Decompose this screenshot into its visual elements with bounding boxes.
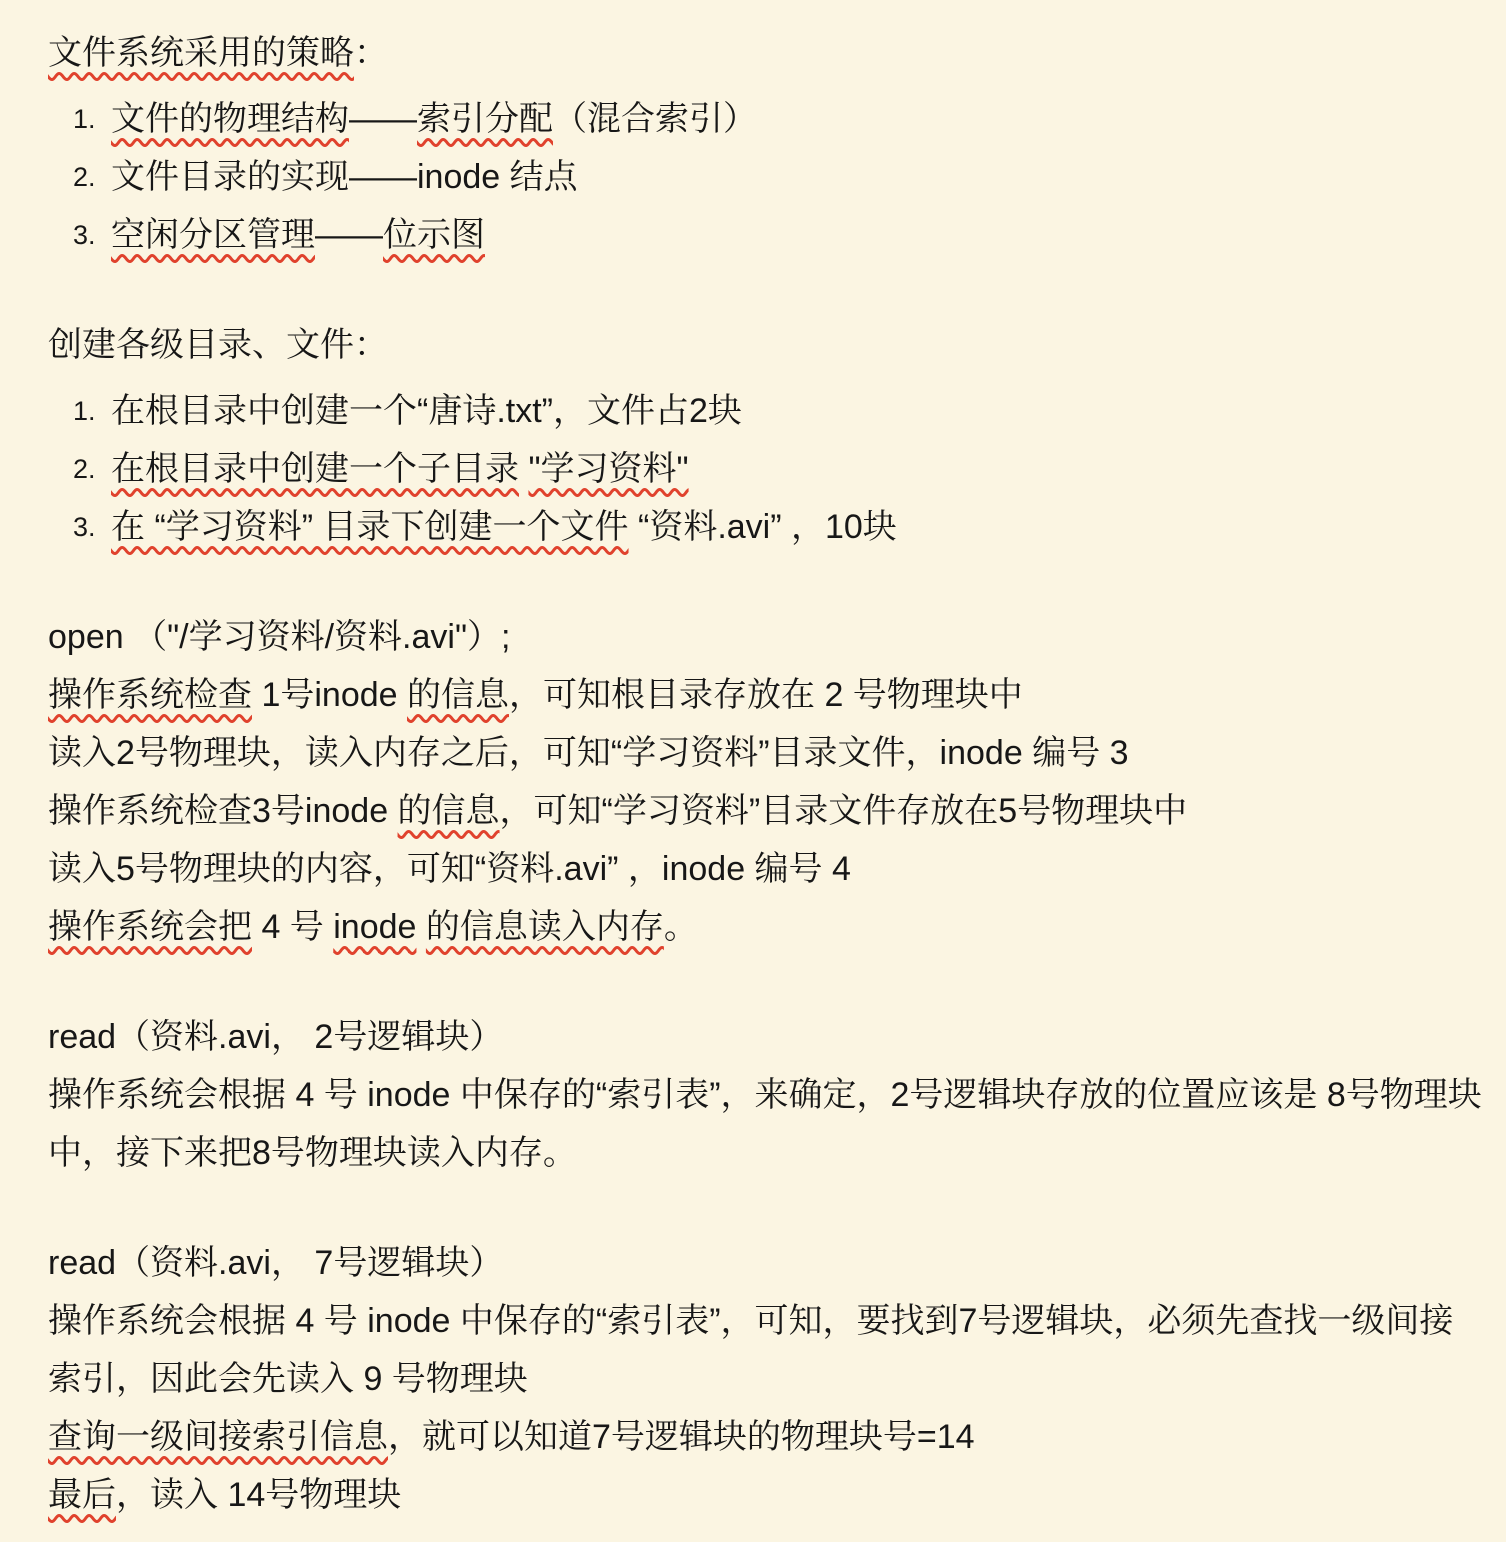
list-item-create-avi: 3. 在 “学习资料” 目录下创建一个文件 “资料.avi” ，10块 xyxy=(48,498,1486,556)
squiggled-text: 操作系统会把 xyxy=(48,908,252,946)
document-page: { "meta": { "background_color": "#fbf5e2… xyxy=(0,0,1506,1542)
plain-text: “资料.avi” ，10块 xyxy=(629,508,897,546)
plain-text: 操作系统检查3号inode xyxy=(48,792,398,830)
list-item-directory-impl: 2. 文件目录的实现——inode 结点 xyxy=(48,148,1486,206)
plain-text: 。 xyxy=(664,908,698,946)
open-step-load-inode4: 操作系统会把 4 号 inode 的信息读入内存。 xyxy=(48,898,1486,956)
squiggled-text: 位示图 xyxy=(383,216,485,254)
code-text: read（资料.avi， 2号逻辑块） xyxy=(48,1018,503,1056)
section-create: 创建各级目录、文件： 1. 在根目录中创建一个“唐诗.txt”，文件占2块 2.… xyxy=(48,316,1486,556)
plain-text: 4 号 xyxy=(252,908,333,946)
list-number: 3. xyxy=(48,206,111,264)
read-call-line: read（资料.avi， 7号逻辑块） xyxy=(48,1234,1486,1292)
squiggled-text: 文件的物理结构 xyxy=(111,100,349,138)
squiggled-text: 查询一级间接索引信息 xyxy=(48,1418,388,1456)
read-step-query-index: 查询一级间接索引信息，就可以知道7号逻辑块的物理块号=14 xyxy=(48,1408,1486,1466)
plain-text: ，就可以知道7号逻辑块的物理块号=14 xyxy=(388,1418,975,1456)
list-number: 1. xyxy=(48,382,111,440)
list-item-free-space: 3. 空闲分区管理——位示图 xyxy=(48,206,1486,264)
squiggled-text: 的信息 xyxy=(398,792,500,830)
section-strategy: 文件系统采用的策略： 1. 文件的物理结构——索引分配（混合索引） 2. 文件目… xyxy=(48,24,1486,264)
open-call-line: open （"/学习资料/资料.avi"）; xyxy=(48,608,1486,666)
plain-text: ，可知根目录存放在 2 号物理块中 xyxy=(509,676,1023,714)
heading-strategy-text: 文件系统采用的策略 xyxy=(48,34,354,72)
squiggled-text: 最后 xyxy=(48,1476,116,1514)
plain-text: —— xyxy=(349,100,417,138)
heading-strategy: 文件系统采用的策略： xyxy=(48,24,1486,82)
plain-text: 1号inode xyxy=(252,676,407,714)
squiggled-text: "学习资料" xyxy=(528,450,688,488)
section-read-block2: read（资料.avi， 2号逻辑块） 操作系统会根据 4 号 inode 中保… xyxy=(48,1008,1486,1182)
open-step-check-inode1: 操作系统检查 1号inode 的信息，可知根目录存放在 2 号物理块中 xyxy=(48,666,1486,724)
heading-create: 创建各级目录、文件： xyxy=(48,316,1486,374)
list-item-text: 在 “学习资料” 目录下创建一个文件 “资料.avi” ，10块 xyxy=(111,498,1486,556)
plain-text: 操作系统会根据 4 号 inode 中保存的“索引表”，可知，要找到7号逻辑块，… xyxy=(48,1302,1453,1398)
read-explanation: 操作系统会根据 4 号 inode 中保存的“索引表”，可知，要找到7号逻辑块，… xyxy=(48,1292,1486,1408)
list-item-text: 文件的物理结构——索引分配（混合索引） xyxy=(111,90,1486,148)
plain-text: ，读入 14号物理块 xyxy=(116,1476,401,1514)
list-item-text: 空闲分区管理——位示图 xyxy=(111,206,1486,264)
squiggled-text: 索引分配 xyxy=(417,100,553,138)
list-item-create-subdir: 2. 在根目录中创建一个子目录 "学习资料" xyxy=(48,440,1486,498)
squiggled-text: inode xyxy=(333,908,416,946)
list-number: 3. xyxy=(48,498,111,556)
list-number: 2. xyxy=(48,440,111,498)
squiggled-text: 的信息读入内存 xyxy=(426,908,664,946)
plain-text: 操作系统会根据 4 号 inode 中保存的“索引表”，来确定，2号逻辑块存放的… xyxy=(48,1076,1482,1172)
open-step-read-block2: 读入2号物理块，读入内存之后，可知“学习资料”目录文件，inode 编号 3 xyxy=(48,724,1486,782)
list-number: 1. xyxy=(48,90,111,148)
plain-text: 在根目录中创建一个“唐诗.txt”，文件占2块 xyxy=(111,392,742,430)
heading-create-text: 创建各级目录、文件： xyxy=(48,326,388,364)
squiggled-text: 空闲分区管理 xyxy=(111,216,315,254)
heading-strategy-colon: ： xyxy=(354,34,388,72)
squiggled-text: 的信息 xyxy=(407,676,509,714)
list-item-text: 文件目录的实现——inode 结点 xyxy=(111,148,1486,206)
list-item-create-txt: 1. 在根目录中创建一个“唐诗.txt”，文件占2块 xyxy=(48,382,1486,440)
plain-text: （混合索引） xyxy=(553,100,757,138)
read-call-line: read（资料.avi， 2号逻辑块） xyxy=(48,1008,1486,1066)
squiggled-text: 操作系统检查 xyxy=(48,676,252,714)
section-read-block7: read（资料.avi， 7号逻辑块） 操作系统会根据 4 号 inode 中保… xyxy=(48,1234,1486,1524)
open-step-check-inode3: 操作系统检查3号inode 的信息，可知“学习资料”目录文件存放在5号物理块中 xyxy=(48,782,1486,840)
squiggled-text: 在 “学习资料” 目录下创建一个文件 xyxy=(111,508,629,546)
strategy-list: 1. 文件的物理结构——索引分配（混合索引） 2. 文件目录的实现——inode… xyxy=(48,90,1486,264)
code-text: read（资料.avi， 7号逻辑块） xyxy=(48,1244,503,1282)
plain-text: 读入2号物理块，读入内存之后，可知“学习资料”目录文件，inode 编号 3 xyxy=(48,734,1129,772)
plain-text: 文件目录的实现——inode 结点 xyxy=(111,158,578,196)
section-open: open （"/学习资料/资料.avi"）; 操作系统检查 1号inode 的信… xyxy=(48,608,1486,956)
plain-text xyxy=(416,908,425,946)
squiggled-text: 在根目录中创建一个子目录 xyxy=(111,450,519,488)
plain-text: ，可知“学习资料”目录文件存放在5号物理块中 xyxy=(500,792,1188,830)
list-item-text: 在根目录中创建一个子目录 "学习资料" xyxy=(111,440,1486,498)
plain-text: 读入5号物理块的内容，可知“资料.avi” ，inode 编号 4 xyxy=(48,850,851,888)
create-list: 1. 在根目录中创建一个“唐诗.txt”，文件占2块 2. 在根目录中创建一个子… xyxy=(48,382,1486,556)
list-item-physical-structure: 1. 文件的物理结构——索引分配（混合索引） xyxy=(48,90,1486,148)
read-explanation: 操作系统会根据 4 号 inode 中保存的“索引表”，来确定，2号逻辑块存放的… xyxy=(48,1066,1486,1182)
open-step-read-block5: 读入5号物理块的内容，可知“资料.avi” ，inode 编号 4 xyxy=(48,840,1486,898)
plain-text: —— xyxy=(315,216,383,254)
read-step-final: 最后，读入 14号物理块 xyxy=(48,1466,1486,1524)
list-number: 2. xyxy=(48,148,111,206)
code-text: open （"/学习资料/资料.avi"）; xyxy=(48,618,510,656)
list-item-text: 在根目录中创建一个“唐诗.txt”，文件占2块 xyxy=(111,382,1486,440)
